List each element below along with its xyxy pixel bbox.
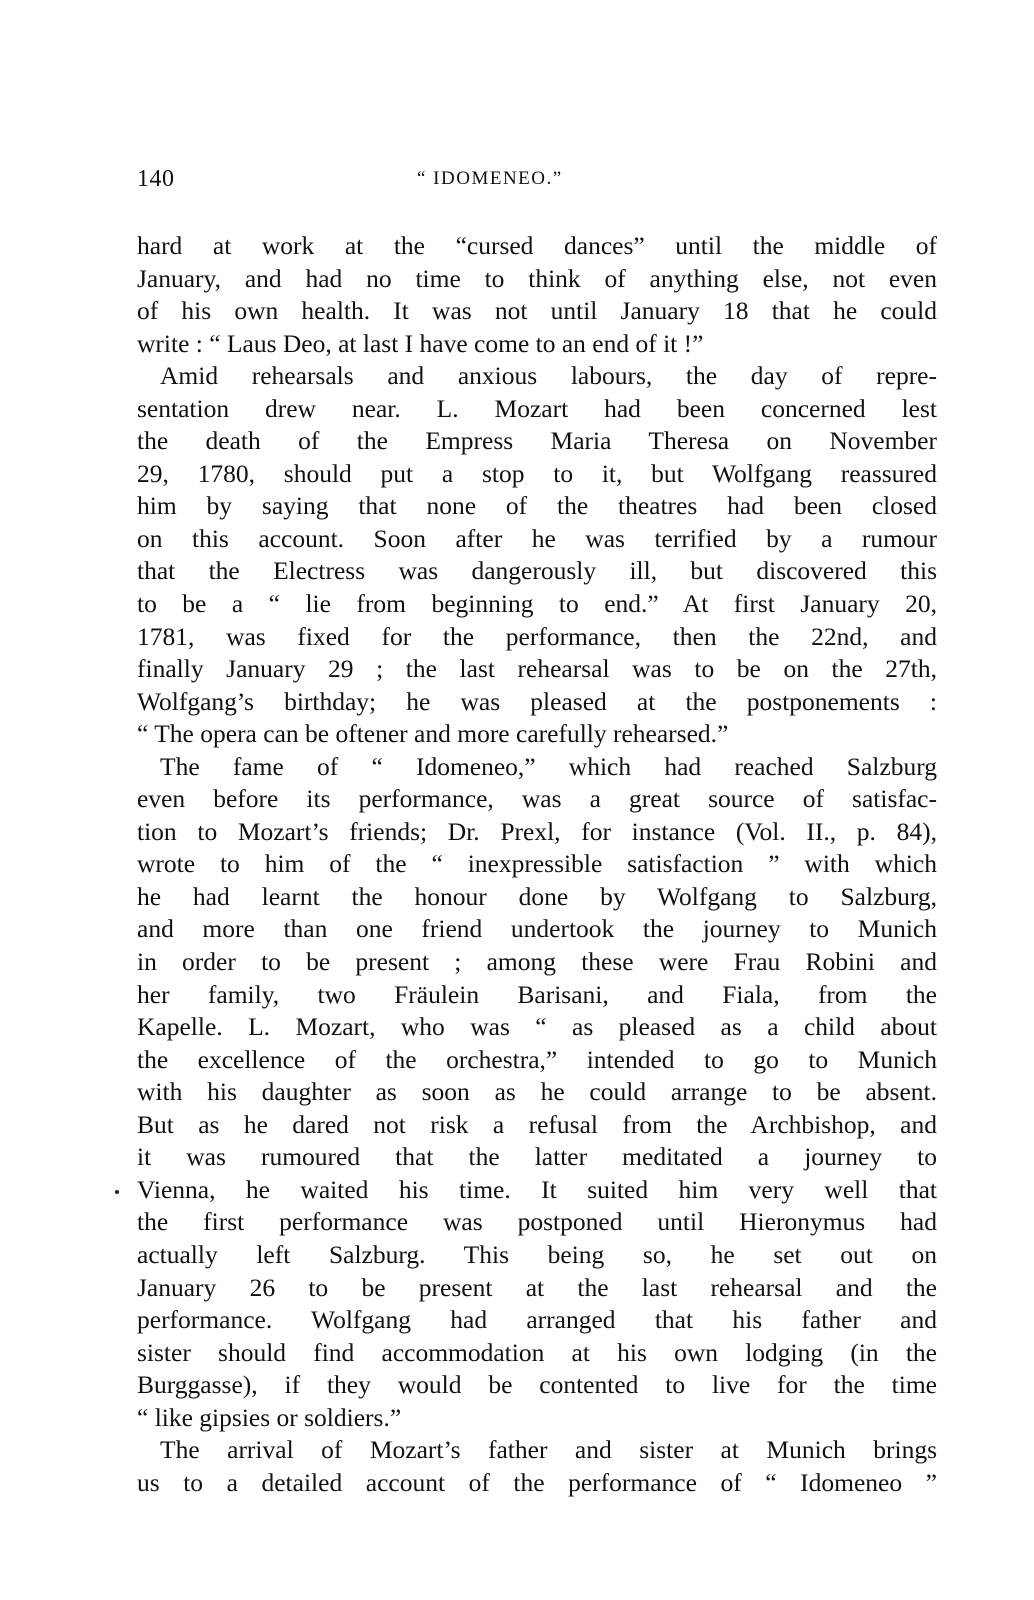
- margin-mark: [115, 1190, 119, 1194]
- text-line: “ The opera can be oftener and more care…: [137, 718, 937, 751]
- text-line: “ like gipsies or soldiers.”: [137, 1402, 937, 1435]
- text-line: January, and had no time to think of any…: [137, 263, 937, 296]
- text-line: January 26 to be present at the last reh…: [137, 1272, 937, 1305]
- text-line: performance. Wolfgang had arranged that …: [137, 1304, 937, 1337]
- text-line: The arrival of Mozart’s father and siste…: [137, 1434, 937, 1467]
- page-number: 140: [137, 166, 175, 193]
- text-line: Vienna, he waited his time. It suited hi…: [137, 1174, 937, 1207]
- text-line: write : “ Laus Deo, at last I have come …: [137, 328, 937, 361]
- text-line: 1781, was fixed for the performance, the…: [137, 621, 937, 654]
- text-line: actually left Salzburg. This being so, h…: [137, 1239, 937, 1272]
- text-line: on this account. Soon after he was terri…: [137, 523, 937, 556]
- text-line: sentation drew near. L. Mozart had been …: [137, 393, 937, 426]
- text-line: But as he dared not risk a refusal from …: [137, 1109, 937, 1142]
- text-line: us to a detailed account of the performa…: [137, 1467, 937, 1500]
- text-line: of his own health. It was not until Janu…: [137, 295, 937, 328]
- running-head: 140 “ IDOMENEO.”: [137, 166, 937, 196]
- text-line: that the Electress was dangerously ill, …: [137, 555, 937, 588]
- text-line: even before its performance, was a great…: [137, 783, 937, 816]
- body-text: hard at work at the “cursed dances” unti…: [137, 230, 937, 1499]
- text-line: finally January 29 ; the last rehearsal …: [137, 653, 937, 686]
- text-line: sister should find accommodation at his …: [137, 1337, 937, 1370]
- text-line: the death of the Empress Maria Theresa o…: [137, 425, 937, 458]
- text-line: Amid rehearsals and anxious labours, the…: [137, 360, 937, 393]
- text-line: it was rumoured that the latter meditate…: [137, 1141, 937, 1174]
- text-line: and more than one friend undertook the j…: [137, 913, 937, 946]
- text-line: with his daughter as soon as he could ar…: [137, 1076, 937, 1109]
- text-line: Wolfgang’s birthday; he was pleased at t…: [137, 686, 937, 719]
- text-line: Burggasse), if they would be contented t…: [137, 1369, 937, 1402]
- text-line: Kapelle. L. Mozart, who was “ as pleased…: [137, 1011, 937, 1044]
- text-line: the first performance was postponed unti…: [137, 1206, 937, 1239]
- text-line: tion to Mozart’s friends; Dr. Prexl, for…: [137, 816, 937, 849]
- text-line: The fame of “ Idomeneo,” which had reach…: [137, 751, 937, 784]
- text-line: him by saying that none of the theatres …: [137, 490, 937, 523]
- book-page: 140 “ IDOMENEO.” hard at work at the “cu…: [0, 0, 1034, 1600]
- text-line: hard at work at the “cursed dances” unti…: [137, 230, 937, 263]
- text-line: the excellence of the orchestra,” intend…: [137, 1044, 937, 1077]
- running-title: “ IDOMENEO.”: [417, 168, 563, 190]
- text-line: he had learnt the honour done by Wolfgan…: [137, 881, 937, 914]
- text-line: 29, 1780, should put a stop to it, but W…: [137, 458, 937, 491]
- text-line: to be a “ lie from beginning to end.” At…: [137, 588, 937, 621]
- text-line: in order to be present ; among these wer…: [137, 946, 937, 979]
- text-line: her family, two Fräulein Barisani, and F…: [137, 979, 937, 1012]
- text-line: wrote to him of the “ inexpressible sati…: [137, 848, 937, 881]
